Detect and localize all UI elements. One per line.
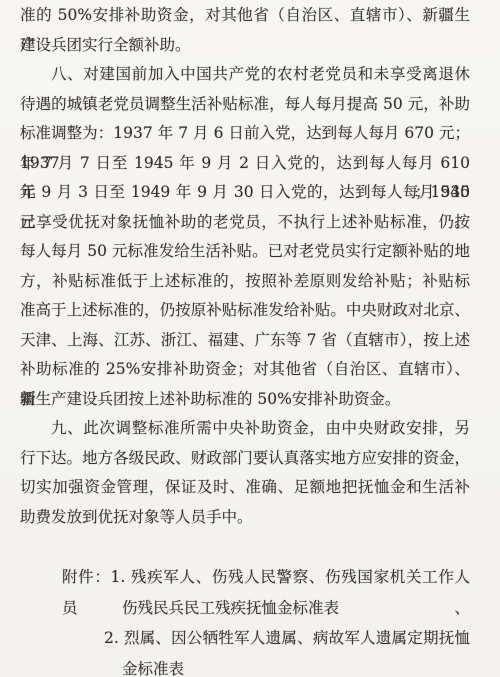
document-line: 方，补贴标准低于上述标准的，按照补差原则发给补贴；补贴标 bbox=[20, 267, 470, 297]
section-spacer bbox=[20, 532, 470, 562]
document-line: 切实加强资金管理，保证及时、准确、足额地把抚恤金和生活补 bbox=[20, 473, 470, 503]
attachment-list: 附件：1. 残疾军人、伤残人民警察、伤残国家机关工作人员、 伤残民兵民工残疾抚恤… bbox=[20, 562, 470, 677]
attachment-line: 附件：1. 残疾军人、伤残人民警察、伤残国家机关工作人员、 bbox=[20, 562, 470, 593]
document-line: 准的 50%安排补助资金，对其他省（自治区、直辖市）、新疆生产 bbox=[20, 1, 470, 31]
document-line: 九、此次调整标准所需中央补助资金，由中央财政安排，另 bbox=[20, 414, 470, 444]
document-line: 每人每月 50 元标准发给生活补贴。已对老党员实行定额补贴的地 bbox=[20, 237, 470, 267]
document-line: 标准调整为：1937 年 7 月 6 日前入党，达到每人每月 670 元；193… bbox=[20, 119, 470, 149]
document-line: 已享受优抚对象抚恤补助的老党员，不执行上述补贴标准，仍按 bbox=[20, 208, 470, 238]
document-line: 年 7 月 7 日至 1945 年 9 月 2 日入党的，达到每人每月 610 … bbox=[20, 149, 470, 179]
document-line: 补助标准的 25%安排补助资金；对其他省（自治区、直辖市）、新 bbox=[20, 355, 470, 385]
document-line: 疆生产建设兵团按上述补助标准的 50%安排补助资金。 bbox=[20, 385, 470, 415]
document-line: 准高于上述标准的，仍按原补贴标准发给补贴。中央财政对北京、 bbox=[20, 296, 470, 326]
document-line: 行下达。地方各级民政、财政部门要认真落实地方应安排的资金， bbox=[20, 444, 470, 474]
document-line: 年 9 月 3 日至 1949 年 9 月 30 日入党的，达到每人每月 530… bbox=[20, 178, 470, 208]
document-line: 八、对建国前加入中国共产党的农村老党员和未享受离退休 bbox=[20, 60, 470, 90]
document-line: 助费发放到优抚对象等人员手中。 bbox=[20, 503, 470, 533]
attachment-line: 2. 烈属、因公牺牲军人遗属、病故军人遗属定期抚恤 bbox=[20, 623, 470, 654]
document-page: 准的 50%安排补助资金，对其他省（自治区、直辖市）、新疆生产 建设兵团实行全额… bbox=[0, 0, 500, 677]
document-line: 待遇的城镇老党员调整生活补贴标准，每人每月提高 50 元，补助 bbox=[20, 90, 470, 120]
attachment-line: 金标准表 bbox=[20, 654, 470, 677]
document-body: 准的 50%安排补助资金，对其他省（自治区、直辖市）、新疆生产 建设兵团实行全额… bbox=[20, 1, 470, 677]
document-line: 天津、上海、江苏、浙江、福建、广东等 7 省（直辖市），按上述 bbox=[20, 326, 470, 356]
document-line: 建设兵团实行全额补助。 bbox=[20, 31, 470, 61]
